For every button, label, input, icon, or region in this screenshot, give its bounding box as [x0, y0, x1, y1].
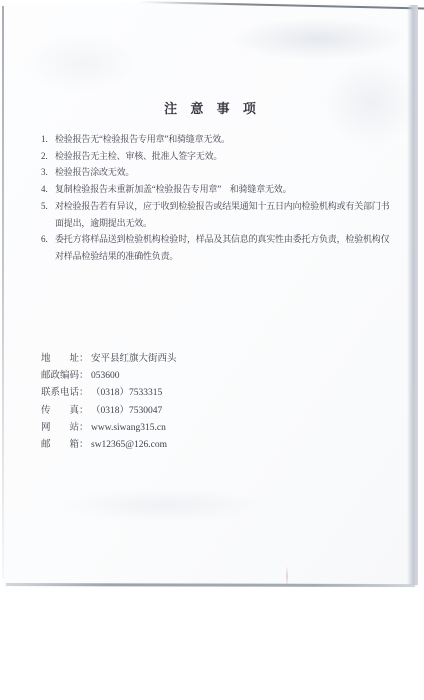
paper-sheet: 注 意 事 项 1. 检验报告无“检验报告专用章”和骑缝章无效。 2. 检验报告… — [3, 3, 417, 587]
notice-item: 4. 复制检验报告未重新加盖“检验报告专用章” 和骑缝章无效。 — [41, 181, 397, 198]
contact-row-postcode: 邮政编码： 053600 — [41, 368, 177, 385]
notice-item-text: 复制检验报告未重新加盖“检验报告专用章” 和骑缝章无效。 — [55, 181, 395, 198]
contact-row-address: 地 址： 安平县红旗大街西头 — [41, 351, 177, 368]
contact-label: 联系电话： — [41, 385, 91, 402]
paper-edge-left — [2, 6, 4, 578]
scan-smudge — [58, 488, 268, 522]
scan-smudge — [228, 17, 408, 61]
contact-row-email: 邮 箱： sw12365@126.com — [41, 437, 177, 454]
contact-row-phone: 联系电话： （0318）7533315 — [41, 385, 177, 402]
contact-row-fax: 传 真： （0318）7530047 — [41, 403, 177, 420]
contact-value-email: sw12365@126.com — [91, 437, 167, 454]
notice-item-number: 3. — [41, 164, 55, 181]
contact-row-website: 网 站： www.siwang315.cn — [41, 420, 177, 437]
notice-item-text: 检验报告涂改无效。 — [55, 164, 395, 181]
contact-value-postcode: 053600 — [91, 368, 120, 385]
contact-label: 邮政编码： — [41, 368, 91, 385]
notice-list: 1. 检验报告无“检验报告专用章”和骑缝章无效。 2. 检验报告无主检、审核、批… — [41, 131, 397, 265]
notice-item: 3. 检验报告涂改无效。 — [41, 164, 397, 181]
scanned-document: 注 意 事 项 1. 检验报告无“检验报告专用章”和骑缝章无效。 2. 检验报告… — [0, 0, 424, 700]
notice-item-number: 4. — [41, 181, 55, 198]
notice-item-text: 检验报告无“检验报告专用章”和骑缝章无效。 — [55, 131, 395, 148]
scan-smudge — [23, 33, 143, 93]
contact-value-website: www.siwang315.cn — [91, 420, 166, 437]
notice-item: 5. 对检验报告若有异议，应于收到检验报告或结果通知十五日内向检验机构或有关部门… — [41, 198, 397, 231]
notice-item-number: 5. — [41, 198, 55, 231]
contact-label: 邮 箱： — [41, 437, 91, 454]
contact-label: 网 站： — [41, 420, 91, 437]
notice-item-number: 1. — [41, 131, 55, 148]
document-title: 注 意 事 项 — [3, 98, 417, 117]
contact-label: 传 真： — [41, 403, 91, 420]
notice-item-text: 对检验报告若有异议，应于收到检验报告或结果通知十五日内向检验机构或有关部门书面提… — [55, 198, 395, 231]
contact-label: 地 址： — [41, 351, 91, 368]
contact-value-address: 安平县红旗大街西头 — [91, 351, 177, 368]
notice-item-number: 2. — [41, 148, 55, 165]
notice-item: 1. 检验报告无“检验报告专用章”和骑缝章无效。 — [41, 131, 397, 148]
notice-item-number: 6. — [41, 231, 55, 264]
contact-info-block: 地 址： 安平县红旗大街西头 邮政编码： 053600 联系电话： （0318）… — [41, 351, 177, 454]
notice-item: 2. 检验报告无主检、审核、批准人签字无效。 — [41, 148, 397, 165]
contact-value-fax: （0318）7530047 — [91, 403, 162, 420]
notice-item-text: 委托方将样品送到检验机构检验时，样品及其信息的真实性由委托方负责，检验机构仅对样… — [55, 231, 395, 264]
notice-item-text: 检验报告无主检、审核、批准人签字无效。 — [55, 148, 395, 165]
contact-value-phone: （0318）7533315 — [91, 385, 162, 402]
paper-edge-right — [407, 5, 418, 585]
notice-item: 6. 委托方将样品送到检验机构检验时，样品及其信息的真实性由委托方负责，检验机构… — [41, 231, 397, 264]
